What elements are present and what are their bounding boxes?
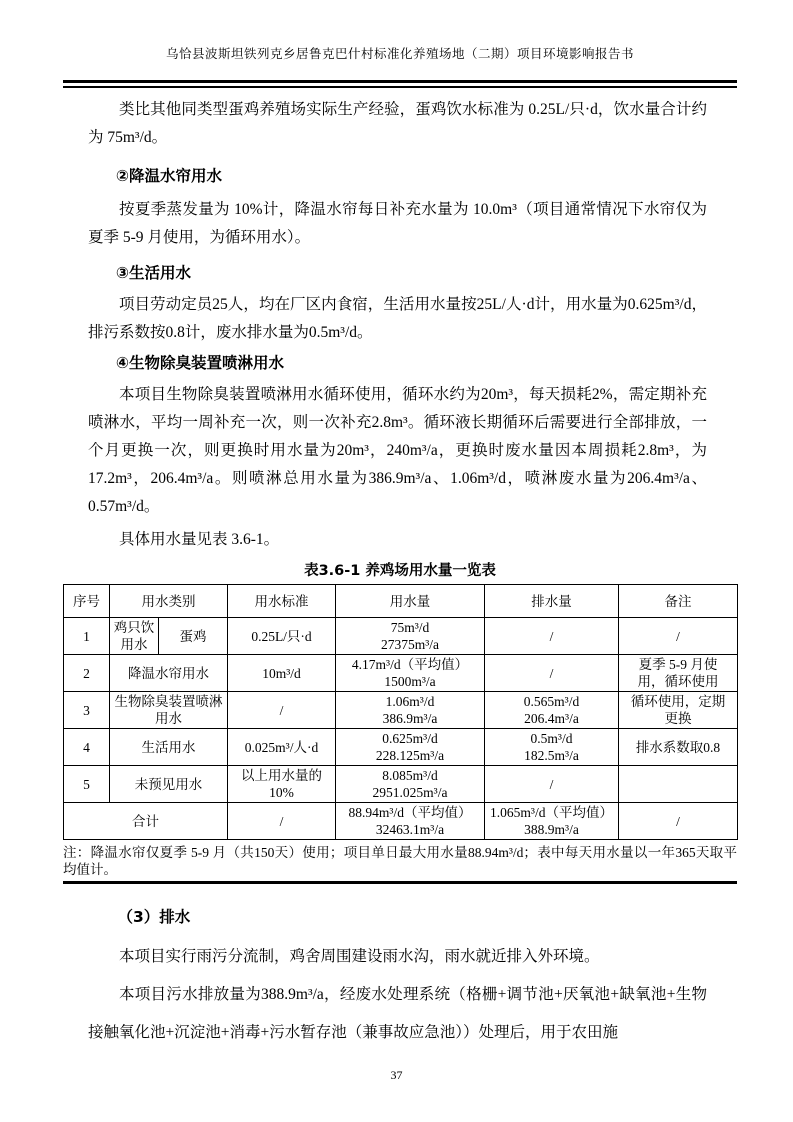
cell-r3-category: 生物除臭装置喷淋 用水: [110, 692, 228, 729]
cell-total-label: 合计: [64, 803, 228, 840]
cell-r2-remark: 夏季 5-9 月使 用，循环使用: [619, 655, 738, 692]
cell-r4-usage: 0.625m³/d 228.125m³/a: [336, 729, 485, 766]
cell-r1-no: 1: [64, 618, 110, 655]
cell-total-usage: 88.94m³/d（平均值） 32463.1m³/a: [336, 803, 485, 840]
table-row-2: 2 降温水帘用水 10m³/d 4.17m³/d（平均值） 1500m³/a /…: [64, 655, 738, 692]
col-header-drainage: 排水量: [485, 585, 619, 618]
content-area: 乌恰县波斯坦铁列克乡居鲁克巴什村标准化养殖场地（二期）项目环境影响报告书 类比其…: [63, 0, 737, 1052]
cell-r1-category-right: 蛋鸡: [159, 618, 228, 655]
cell-r1-category-left: 鸡只饮 用水: [110, 618, 159, 655]
cell-r1-standard: 0.25L/只·d: [228, 618, 336, 655]
paragraph-rain-sewage: 本项目实行雨污分流制，鸡舍周围建设雨水沟，雨水就近排入外环境。: [88, 938, 707, 976]
cell-r2-category: 降温水帘用水: [110, 655, 228, 692]
col-header-remark: 备注: [619, 585, 738, 618]
heading-deodorization-spray-water: ④生物除臭装置喷淋用水: [88, 353, 707, 374]
cell-r2-standard: 10m³/d: [228, 655, 336, 692]
cell-r2-no: 2: [64, 655, 110, 692]
table-note: 注：降温水帘仅夏季 5-9 月（共150天）使用；项目单日最大用水量88.94m…: [63, 840, 737, 884]
cell-r1-usage: 75m³/d 27375m³/a: [336, 618, 485, 655]
table-row-1: 1 鸡只饮 用水 蛋鸡 0.25L/只·d 75m³/d 27375m³/a /…: [64, 618, 738, 655]
col-header-category: 用水类别: [110, 585, 228, 618]
header-rule: [63, 80, 737, 88]
cell-total-remark: /: [619, 803, 738, 840]
cell-r2-usage: 4.17m³/d（平均值） 1500m³/a: [336, 655, 485, 692]
cell-r3-standard: /: [228, 692, 336, 729]
document-page: 乌恰县波斯坦铁列克乡居鲁克巴什村标准化养殖场地（二期）项目环境影响报告书 类比其…: [0, 0, 793, 1122]
cell-r2-drainage: /: [485, 655, 619, 692]
cell-r5-remark: [619, 766, 738, 803]
cell-total-drainage: 1.065m³/d（平均值） 388.9m³/a: [485, 803, 619, 840]
cell-r1-remark: /: [619, 618, 738, 655]
table-row-5: 5 未预见用水 以上用水量的 10% 8.085m³/d 2951.025m³/…: [64, 766, 738, 803]
cell-r5-no: 5: [64, 766, 110, 803]
paragraph-drinking-water: 类比其他同类型蛋鸡养殖场实际生产经验，蛋鸡饮水标准为 0.25L/只·d，饮水量…: [88, 96, 707, 152]
page-number: 37: [0, 1068, 793, 1083]
cell-r4-remark: 排水系数取0.8: [619, 729, 738, 766]
cell-r3-drainage: 0.565m³/d 206.4m³/a: [485, 692, 619, 729]
heading-cooling-curtain-water: ②降温水帘用水: [88, 166, 707, 187]
water-usage-table: 序号 用水类别 用水标准 用水量 排水量 备注 1 鸡只饮 用水 蛋鸡 0.25…: [63, 584, 738, 840]
cell-r4-standard: 0.025m³/人·d: [228, 729, 336, 766]
paragraph-domestic-water: 项目劳动定员25人，均在厂区内食宿，生活用水量按25L/人·d计，用水量为0.6…: [88, 291, 707, 347]
paragraph-see-table: 具体用水量见表 3.6-1。: [88, 526, 707, 554]
table-row-3: 3 生物除臭装置喷淋 用水 / 1.06m³/d 386.9m³/a 0.565…: [64, 692, 738, 729]
bottom-text-block: （3）排水 本项目实行雨污分流制，鸡舍周围建设雨水沟，雨水就近排入外环境。 本项…: [88, 907, 707, 1052]
paragraph-deodorization-spray: 本项目生物除臭装置喷淋用水循环使用，循环水约为20m³，每天损耗2%，需定期补充…: [88, 381, 707, 521]
heading-domestic-water: ③生活用水: [88, 263, 707, 284]
table-header-row: 序号 用水类别 用水标准 用水量 排水量 备注: [64, 585, 738, 618]
col-header-standard: 用水标准: [228, 585, 336, 618]
table-title: 表3.6-1 养鸡场用水量一览表: [63, 561, 737, 581]
body-text-block: 类比其他同类型蛋鸡养殖场实际生产经验，蛋鸡饮水标准为 0.25L/只·d，饮水量…: [88, 96, 707, 554]
paragraph-cooling-curtain: 按夏季蒸发量为 10%计，降温水帘每日补充水量为 10.0m³（项目通常情况下水…: [88, 196, 707, 252]
cell-r5-drainage: /: [485, 766, 619, 803]
table-total-row: 合计 / 88.94m³/d（平均值） 32463.1m³/a 1.065m³/…: [64, 803, 738, 840]
paragraph-sewage-treatment: 本项目污水排放量为388.9m³/a，经废水处理系统（格栅+调节池+厌氧池+缺氧…: [88, 976, 707, 1052]
cell-r3-remark: 循环使用，定期 更换: [619, 692, 738, 729]
cell-total-standard: /: [228, 803, 336, 840]
cell-r3-usage: 1.06m³/d 386.9m³/a: [336, 692, 485, 729]
col-header-no: 序号: [64, 585, 110, 618]
cell-r5-usage: 8.085m³/d 2951.025m³/a: [336, 766, 485, 803]
cell-r5-category: 未预见用水: [110, 766, 228, 803]
heading-drainage: （3）排水: [88, 907, 707, 928]
cell-r4-drainage: 0.5m³/d 182.5m³/a: [485, 729, 619, 766]
col-header-usage: 用水量: [336, 585, 485, 618]
cell-r4-no: 4: [64, 729, 110, 766]
table-row-4: 4 生活用水 0.025m³/人·d 0.625m³/d 228.125m³/a…: [64, 729, 738, 766]
header-title: 乌恰县波斯坦铁列克乡居鲁克巴什村标准化养殖场地（二期）项目环境影响报告书: [63, 0, 737, 62]
cell-r5-standard: 以上用水量的 10%: [228, 766, 336, 803]
cell-r3-no: 3: [64, 692, 110, 729]
cell-r1-drainage: /: [485, 618, 619, 655]
cell-r4-category: 生活用水: [110, 729, 228, 766]
